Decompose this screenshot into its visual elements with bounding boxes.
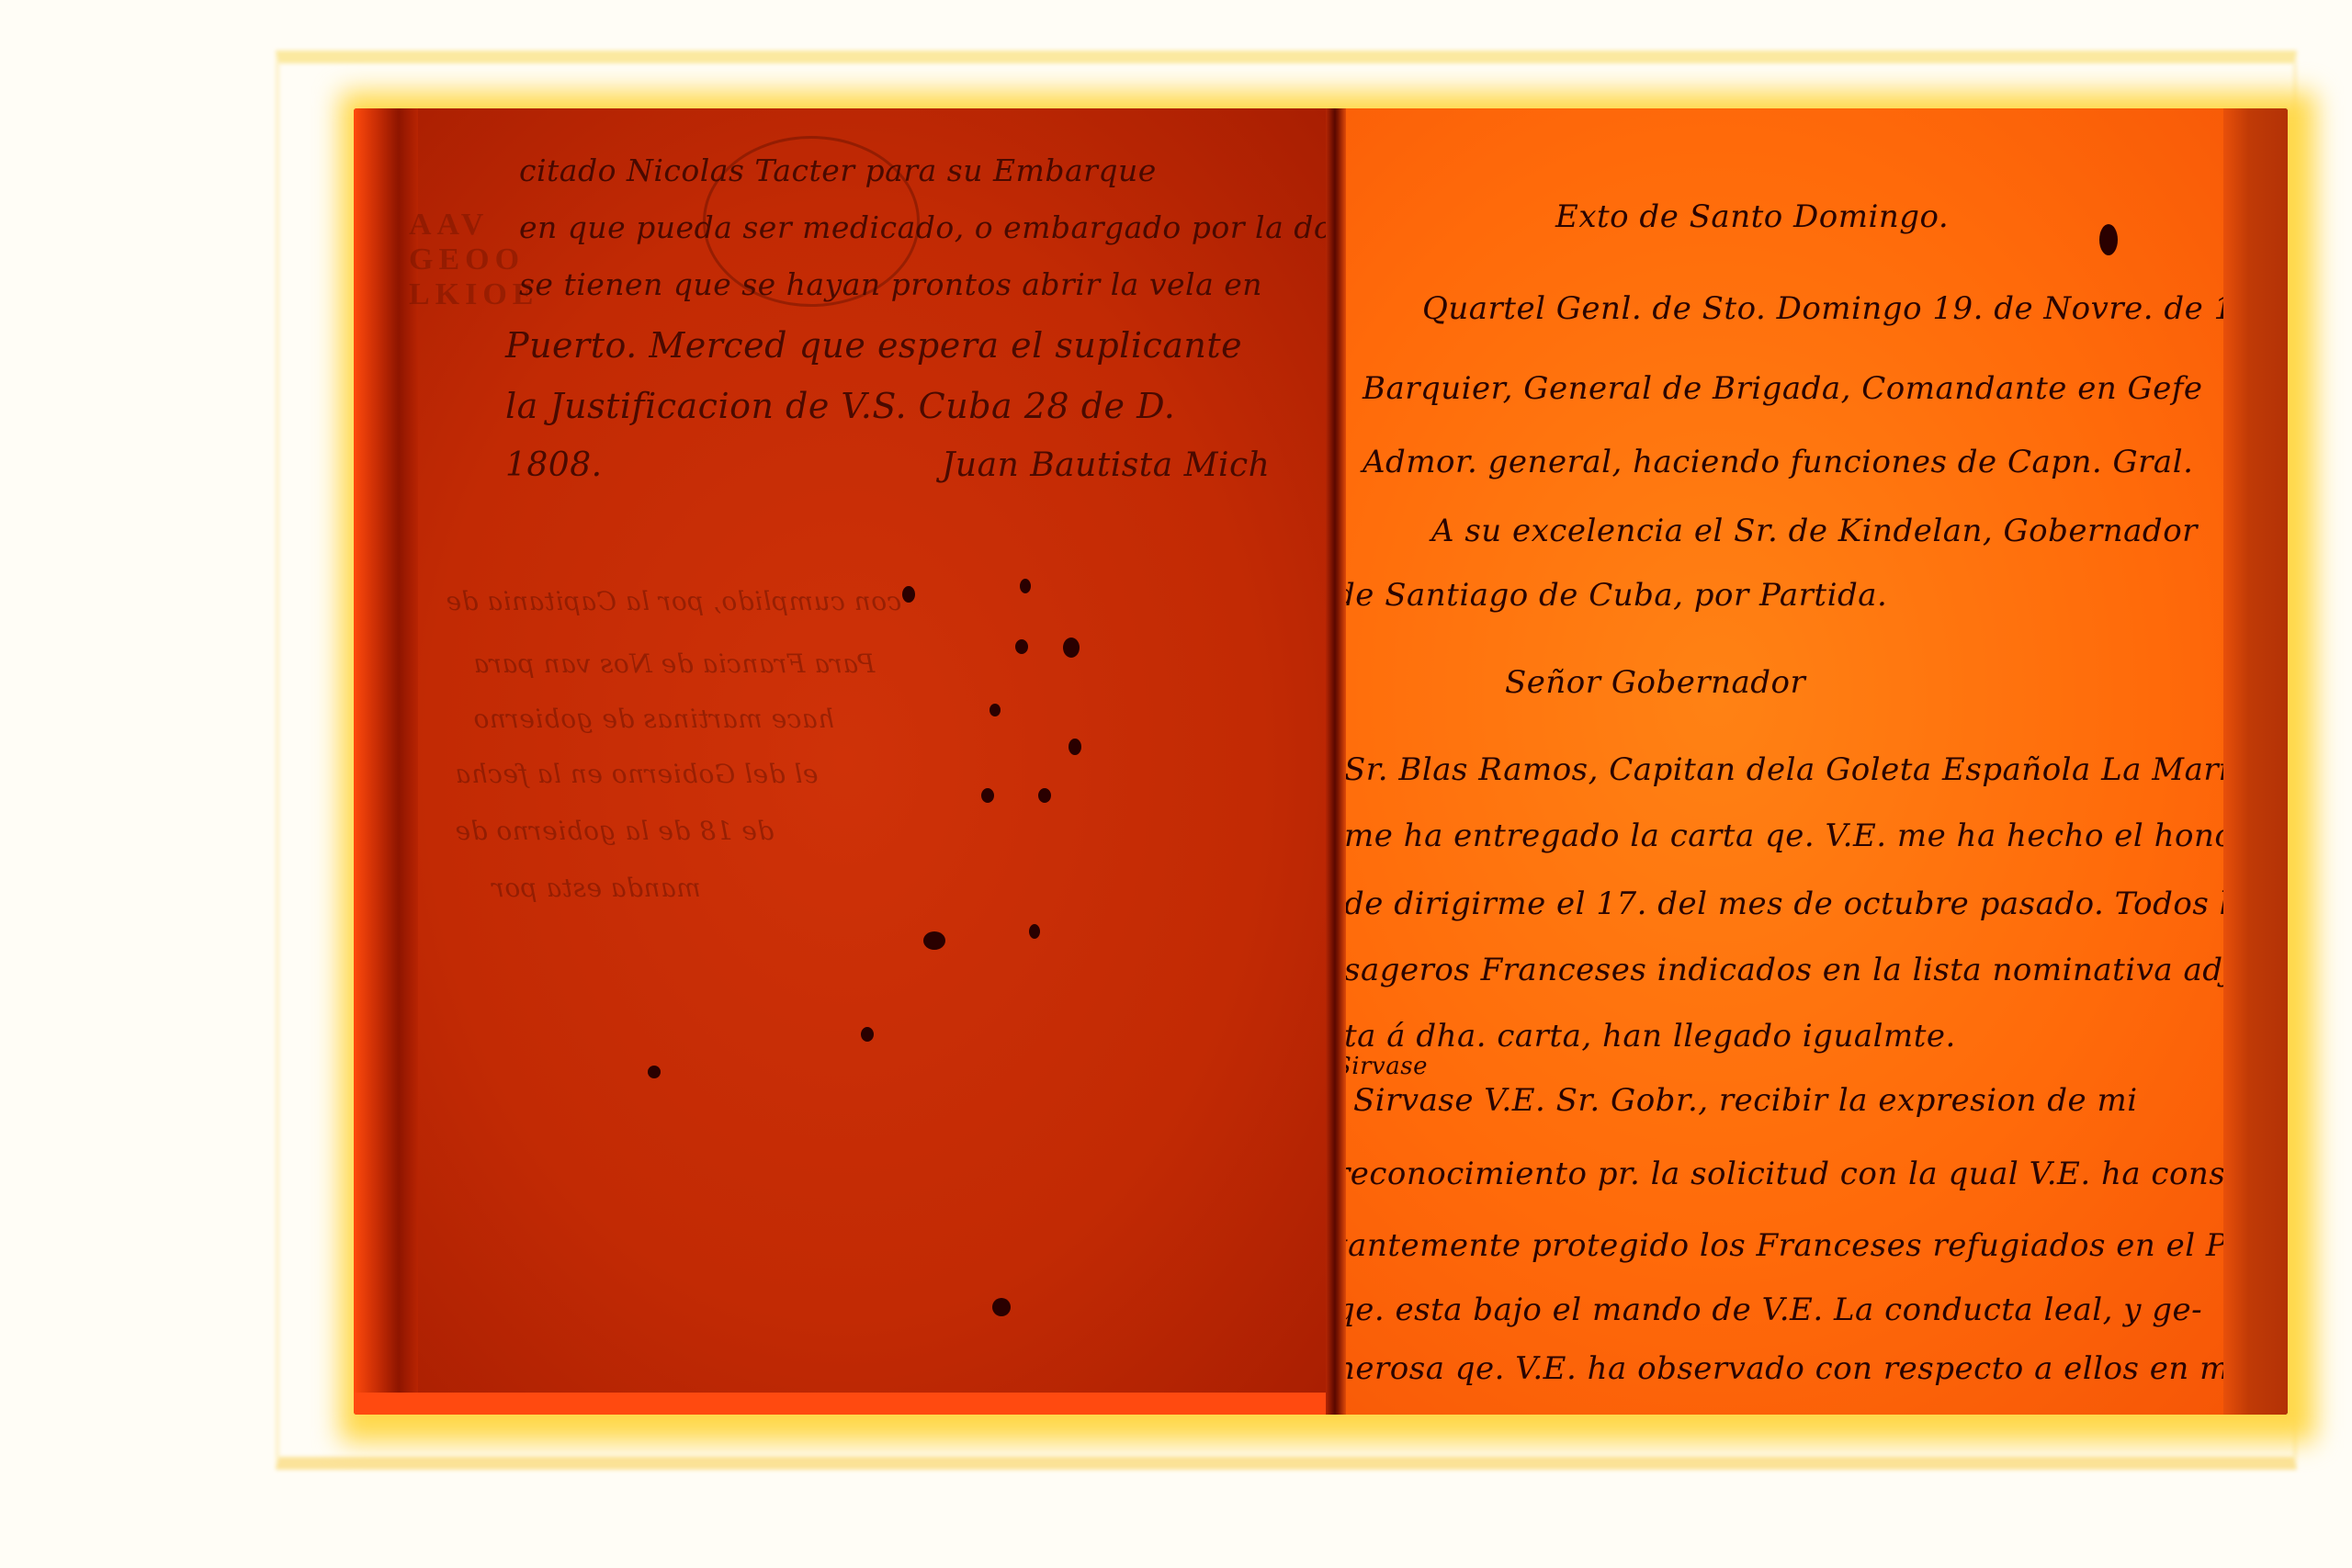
ink-spot: [1069, 739, 1081, 755]
dark-tab-bottom: [2223, 1089, 2288, 1415]
ink-spot: [1038, 788, 1051, 803]
left-page: AAV GEOO LKIOE citado Nicolas Tacter par…: [354, 108, 1335, 1415]
ink-spot: [1029, 924, 1040, 939]
body-line-2: me ha entregado la carta qe. V.E. me ha …: [1344, 818, 2249, 854]
ink-spot: [648, 1066, 661, 1078]
ink-spot: [861, 1027, 874, 1042]
body-line-9: qe. esta bajo el mando de V.E. La conduc…: [1335, 1292, 2202, 1328]
ink-spot: [981, 788, 994, 803]
recipient-line-1: A su excelencia el Sr. de Kindelan, Gobe…: [1431, 513, 2198, 549]
sender-line-2: Admor. general, haciendo funciones de Ca…: [1363, 444, 2193, 480]
ink-spot: [1015, 639, 1028, 654]
ink-spot: [923, 931, 945, 950]
right-page: Exto de Santo Domingo. Quartel Genl. de …: [1335, 108, 2288, 1415]
dark-tab-top: [2223, 108, 2288, 147]
left-line-4: Puerto. Merced que espera el suplicante: [505, 325, 1242, 366]
recipient-line-2: de Santiago de Cuba, por Partida.: [1335, 577, 1887, 614]
body-line-5: ta á dha. carta, han llegado igualmte.: [1344, 1018, 1956, 1055]
salutation: Señor Gobernador: [1505, 664, 1805, 701]
date-line: Quartel Genl. de Sto. Domingo 19. de Nov…: [1422, 290, 2288, 327]
manuscript-spread: AAV GEOO LKIOE citado Nicolas Tacter par…: [354, 108, 2288, 1415]
ink-spot: [1063, 637, 1080, 658]
signature: Juan Bautista Mich: [942, 446, 1270, 484]
left-line-3: se tienen que se hayan prontos abrir la …: [519, 266, 1262, 302]
left-line-6: 1808.: [505, 446, 603, 484]
ink-spot: [989, 704, 1001, 716]
ink-spot: [902, 586, 915, 603]
book-spine: [1326, 108, 1346, 1415]
page-bottom-edge: [354, 1393, 1335, 1415]
ink-spot: [992, 1298, 1011, 1316]
sender-line-1: Barquier, General de Brigada, Comandante…: [1363, 370, 2203, 407]
body-line-10: nerosa qe. V.E. ha observado con respect…: [1335, 1350, 2288, 1387]
ink-spot: [2099, 224, 2118, 255]
body-line-4: sageros Franceses indicados en la lista …: [1344, 952, 2285, 988]
heading-location: Exto de Santo Domingo.: [1555, 198, 1949, 235]
left-line-5: la Justificacion de V.S. Cuba 28 de D.: [505, 386, 1175, 426]
ink-spot: [1020, 579, 1031, 593]
body-line-3: de dirigirme el 17. del mes de octubre p…: [1344, 886, 2288, 922]
body-line-8: tantemente protegido los Franceses refug…: [1335, 1227, 2272, 1264]
left-line-2: en que pueda ser medicado, o embargado p…: [519, 209, 1383, 245]
body-line-6: Sirvase V.E. Sr. Gobr., recibir la expre…: [1353, 1082, 2138, 1119]
body-line-7: reconocimiento pr. la solicitud con la q…: [1335, 1156, 2236, 1192]
body-line-1: Sr. Blas Ramos, Capitan dela Goleta Espa…: [1344, 751, 2259, 788]
left-line-1: citado Nicolas Tacter para su Embarque: [519, 152, 1157, 188]
marginal-note: Sirvase: [1335, 1053, 1428, 1080]
